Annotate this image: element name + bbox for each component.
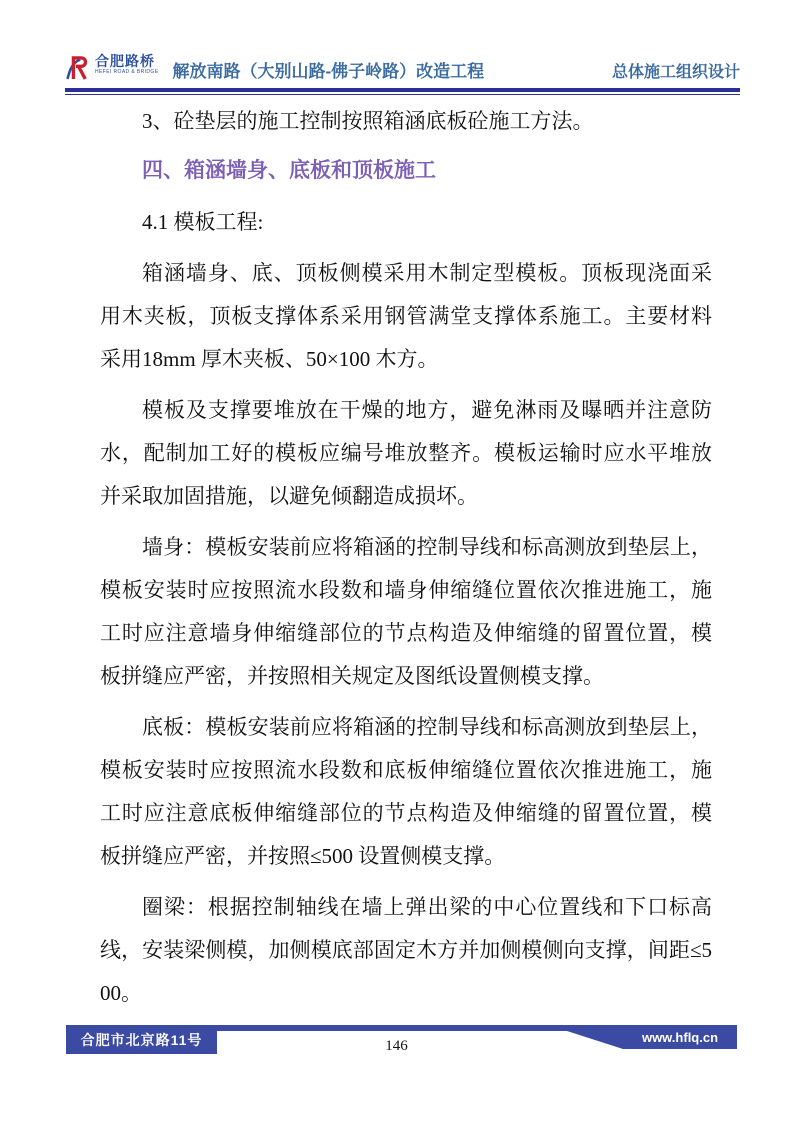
paragraph: 4.1 模板工程: [100,201,712,244]
paragraph: 箱涵墙身、底、顶板侧模采用木制定型模板。顶板现浇面采 用木夹板，顶板支撑体系采用… [100,252,712,381]
paragraph: 模板及支撑要堆放在干燥的地方，避免淋雨及曝晒并注意防水，配制加工好的模板应编号堆… [100,389,712,518]
document-page: 合肥路桥 HEFEI ROAD & BRIDGE 解放南路（大别山路-佛子岭路）… [0,0,793,1122]
logo-brand-subtext: HEFEI ROAD & BRIDGE [95,70,158,75]
page-header: 合肥路桥 HEFEI ROAD & BRIDGE 解放南路（大别山路-佛子岭路）… [65,54,740,95]
road-bridge-logo-icon [65,54,92,82]
paragraph: 3、砼垫层的施工控制按照箱涵底板砼施工方法。 [100,100,712,143]
company-logo: 合肥路桥 HEFEI ROAD & BRIDGE [65,54,158,82]
paragraph: 墙身：模板安装前应将箱涵的控制导线和标高测放到垫层上，模板安装时应按照流水段数和… [100,526,712,698]
header-rule-thin [65,94,740,95]
header-doc-title: 总体施工组织设计 [612,59,740,82]
page-number: 146 [0,1038,793,1055]
header-project-title: 解放南路（大别山路-佛子岭路）改造工程 [172,57,484,82]
paragraph: 圈梁：根据控制轴线在墙上弹出梁的中心位置线和下口标高线，安装梁侧模，加侧模底部固… [100,886,712,1015]
paragraph: 底板：模板安装前应将箱涵的控制导线和标高测放到垫层上，模板安装时应按照流水段数和… [100,706,712,878]
section-heading: 四、箱涵墙身、底板和顶板施工 [100,156,712,186]
document-body: 3、砼垫层的施工控制按照箱涵底板砼施工方法。 四、箱涵墙身、底板和顶板施工 4.… [100,100,712,1023]
header-rule-thick [65,88,740,92]
logo-brand-text: 合肥路桥 [95,54,158,68]
